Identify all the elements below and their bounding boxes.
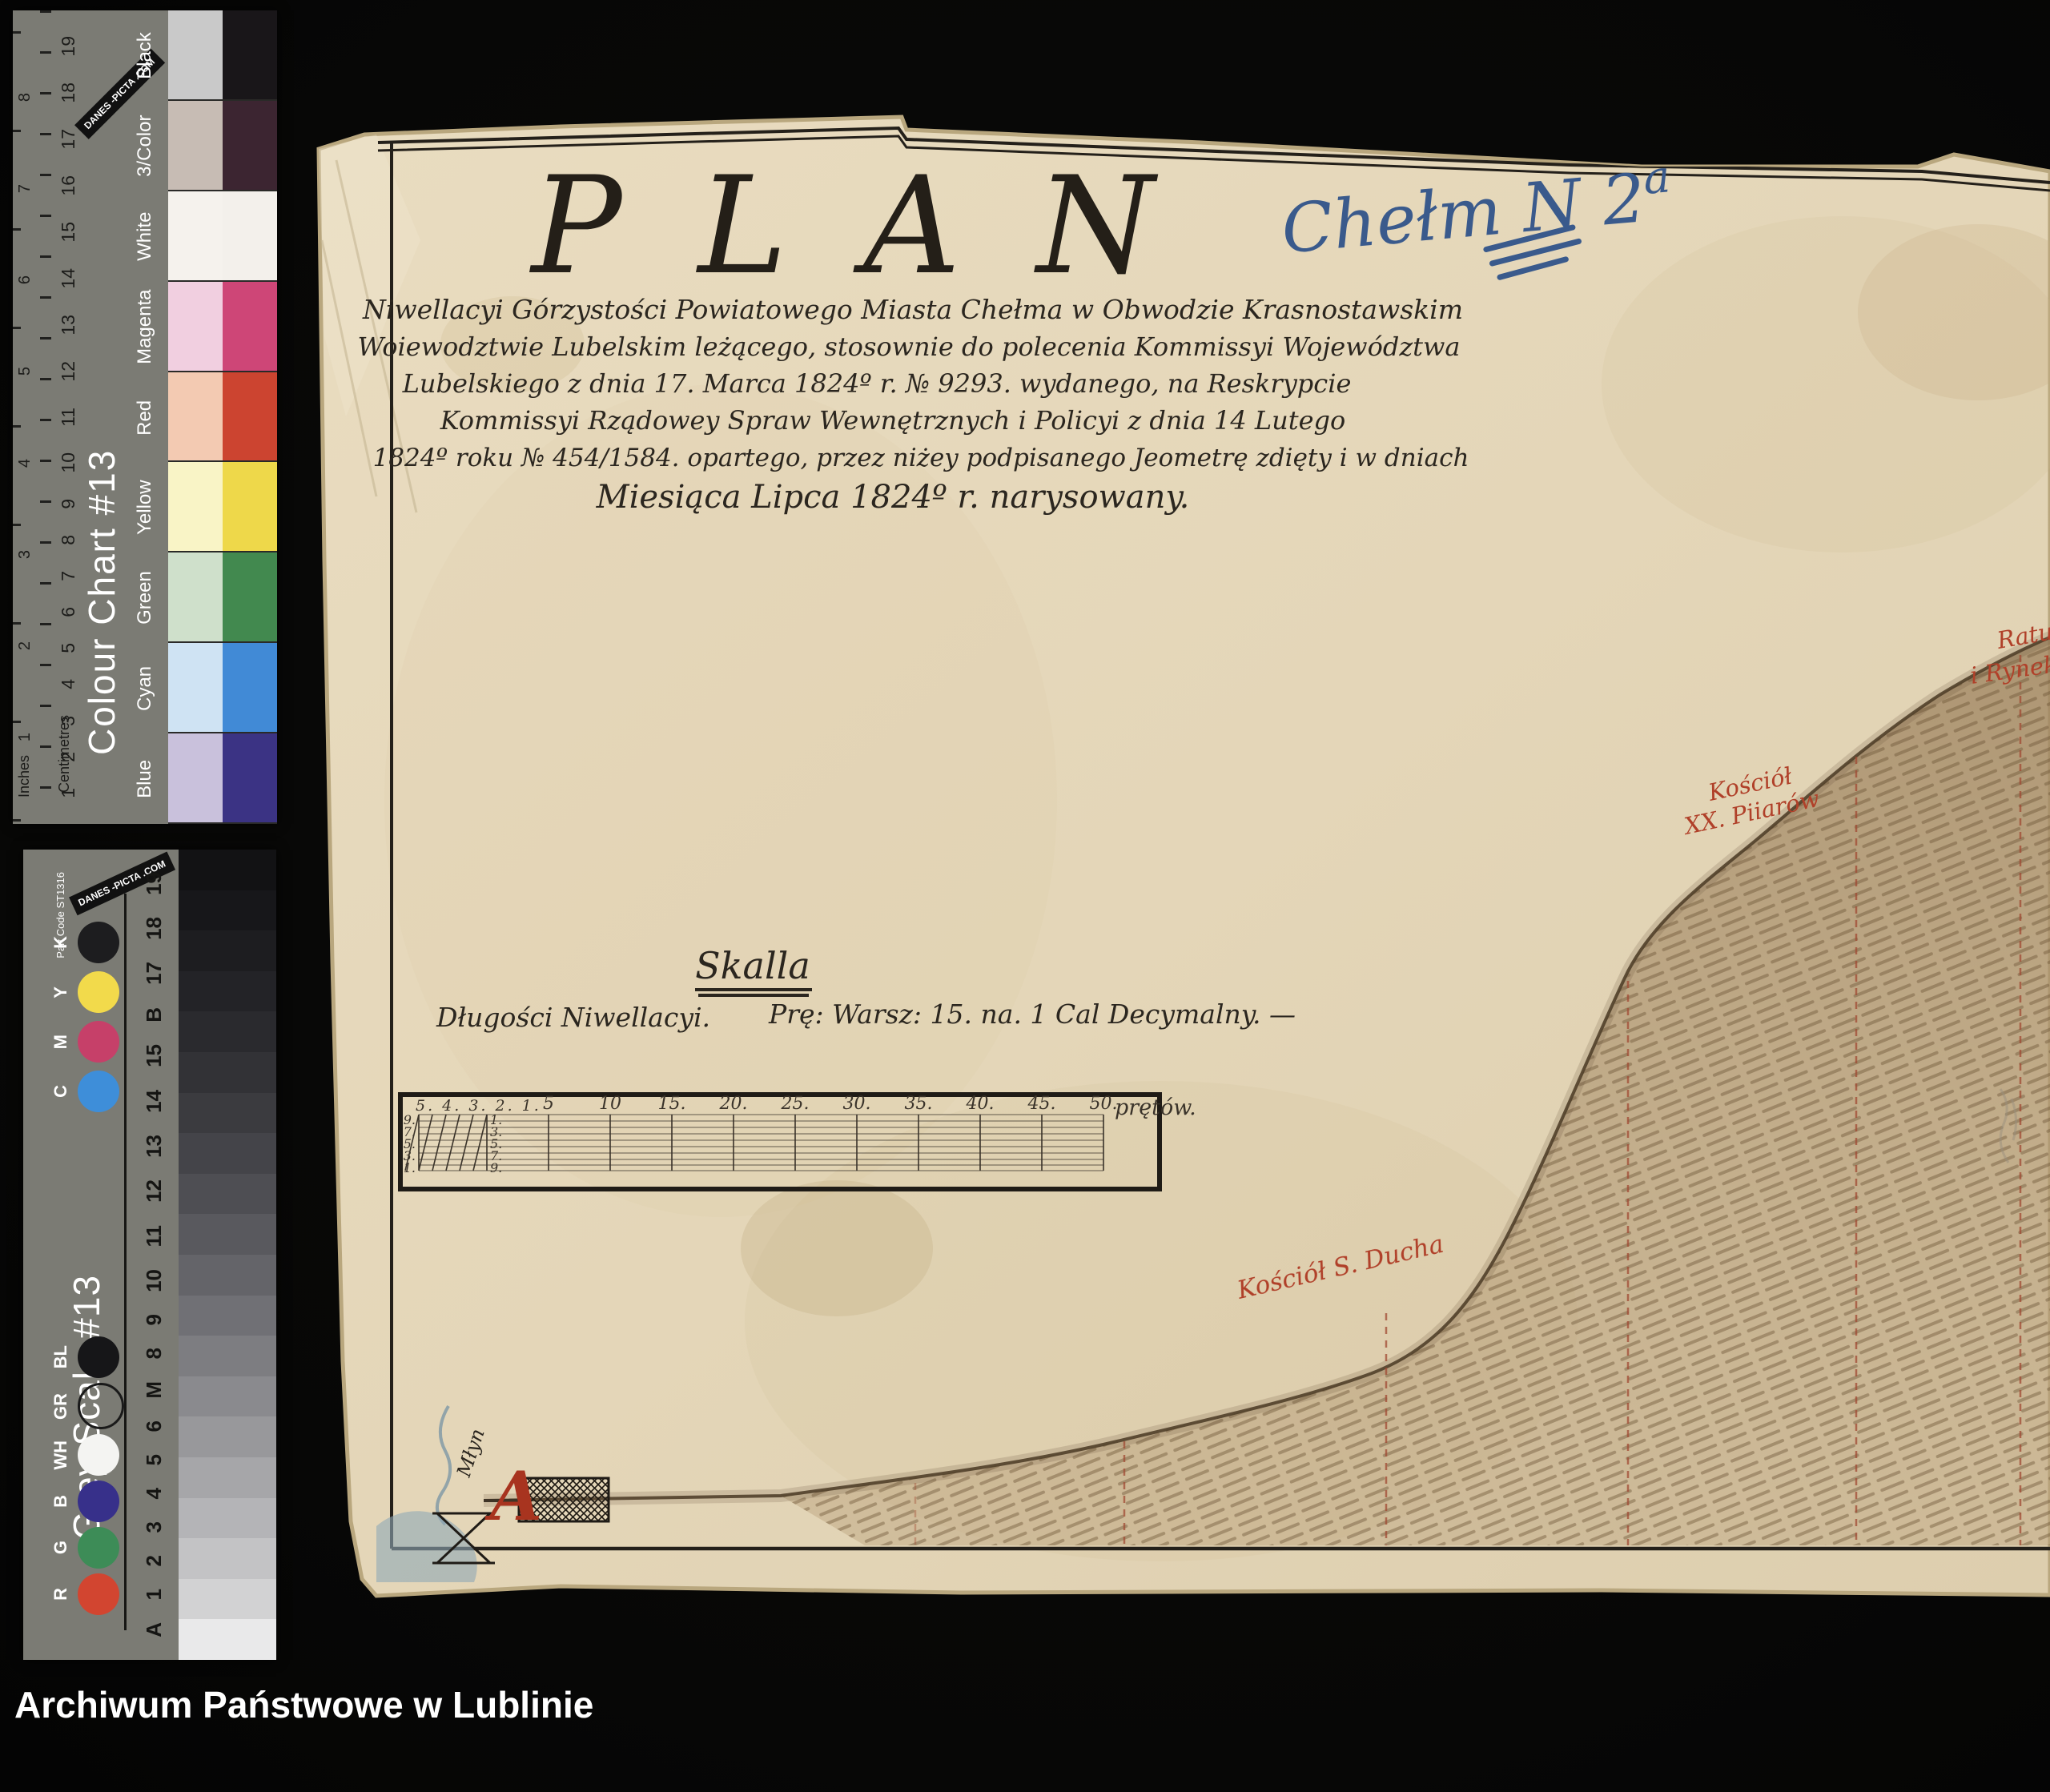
- tick: 50.: [1090, 1094, 1118, 1114]
- tick: 5: [543, 1094, 554, 1114]
- intro-line: Woiewodztwie Lubelskim leżącego, stosown…: [358, 331, 1461, 362]
- document-title: PLAN: [529, 147, 1231, 304]
- tick: 10: [599, 1094, 621, 1114]
- scale-unit: prętów.: [1115, 1095, 1196, 1120]
- subdivision-labels: 5. 4. 3. 2. 1.: [416, 1097, 541, 1115]
- tick: 45.: [1027, 1094, 1056, 1114]
- scale-heading: Skalla: [695, 944, 810, 987]
- tick: 40.: [966, 1094, 995, 1114]
- scale-line-right: Prę: Warsz: 15. na. 1 Cal Decymalny. —: [768, 998, 1296, 1030]
- archive-caption: Archiwum Państwowe w Lublinie: [14, 1683, 593, 1726]
- document-scan: PLAN Chełm N 2a Niwellacyi Górzystości P…: [0, 0, 2050, 1792]
- intro-line: 1824º roku № 454/1584. opartego, przez n…: [373, 444, 1469, 472]
- scan-stage: 87654321 19181716151413121110987654321 D…: [0, 0, 2050, 1792]
- tick: 25.: [781, 1094, 810, 1114]
- tick: 15.: [658, 1094, 686, 1114]
- label-point-a: A: [484, 1457, 542, 1536]
- tick: 35.: [905, 1094, 933, 1114]
- intro-line: Niwellacyi Górzystości Powiatowego Miast…: [362, 294, 1463, 325]
- intro-line: Lubelskiego z dnia 17. Marca 1824º r. № …: [402, 368, 1352, 399]
- tick: 20.: [719, 1094, 748, 1114]
- inner-column-numbers: 1. 3. 5. 7. 9.: [490, 1112, 502, 1175]
- intro-line: Kommissyi Rządowey Spraw Wewnętrznych i …: [440, 405, 1346, 436]
- num: 9.: [490, 1160, 502, 1175]
- scale-line-left: Długości Niwellacyi.: [436, 1002, 710, 1033]
- left-column-numbers: 9. 7. 5. 3. 1.: [404, 1112, 416, 1175]
- tick: 30.: [843, 1094, 871, 1114]
- num: 1.: [404, 1160, 416, 1175]
- intro-line: Miesiąca Lipca 1824º r. narysowany.: [596, 479, 1190, 516]
